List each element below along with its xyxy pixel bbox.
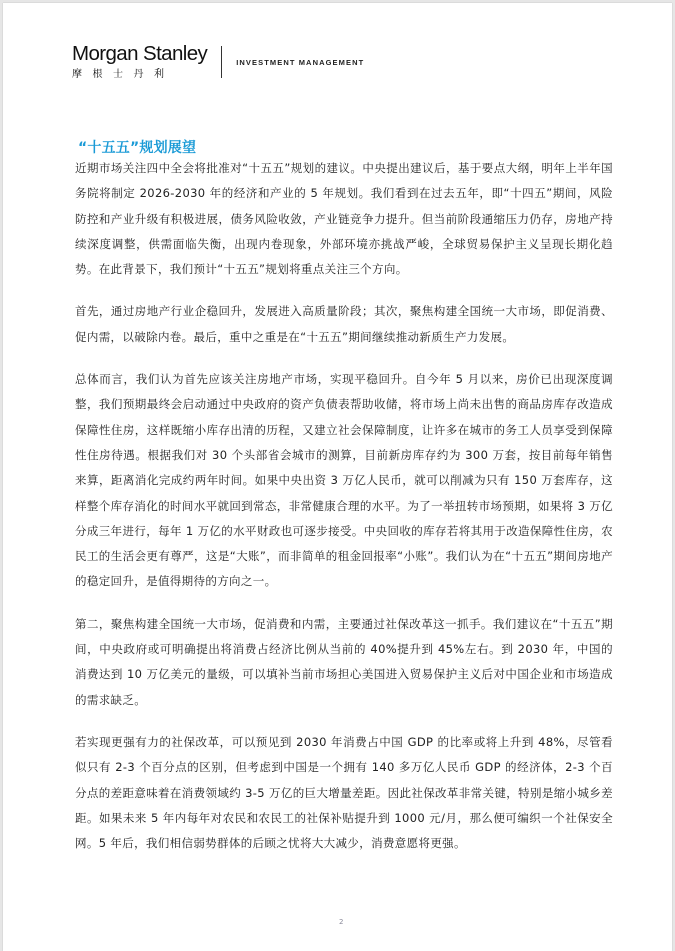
brand-header: Morgan Stanley 摩根士丹利 INVESTMENT MANAGEME… — [72, 43, 364, 81]
paragraph-real-estate: 总体而言，我们认为首先应该关注房地产市场，实现平稳回升。自今年 5 月以来，房价… — [75, 367, 613, 595]
brand-subtitle: INVESTMENT MANAGEMENT — [236, 58, 364, 67]
section-title: “十五五”规划展望 — [78, 137, 196, 157]
brand-name: Morgan Stanley — [72, 43, 207, 65]
paragraph-directions: 首先，通过房地产行业企稳回升，发展进入高质量阶段；其次，聚焦构建全国统一大市场，… — [75, 299, 613, 350]
body-content: 近期市场关注四中全会将批准对“十五五”规划的建议。中央提出建议后，基于要点大纲，… — [75, 156, 613, 873]
paragraph-intro: 近期市场关注四中全会将批准对“十五五”规划的建议。中央提出建议后，基于要点大纲，… — [75, 156, 613, 282]
page-number: 2 — [339, 918, 343, 926]
paragraph-social-security: 若实现更强有力的社保改革，可以预见到 2030 年消费占中国 GDP 的比率或将… — [75, 730, 613, 856]
brand-divider — [221, 46, 222, 78]
document-page: Morgan Stanley 摩根士丹利 INVESTMENT MANAGEME… — [3, 3, 672, 951]
paragraph-consumption: 第二，聚焦构建全国统一大市场，促消费和内需，主要通过社保改革这一抓手。我们建议在… — [75, 612, 613, 713]
brand-name-chinese: 摩根士丹利 — [72, 69, 207, 81]
brand-logo: Morgan Stanley 摩根士丹利 — [72, 43, 207, 81]
